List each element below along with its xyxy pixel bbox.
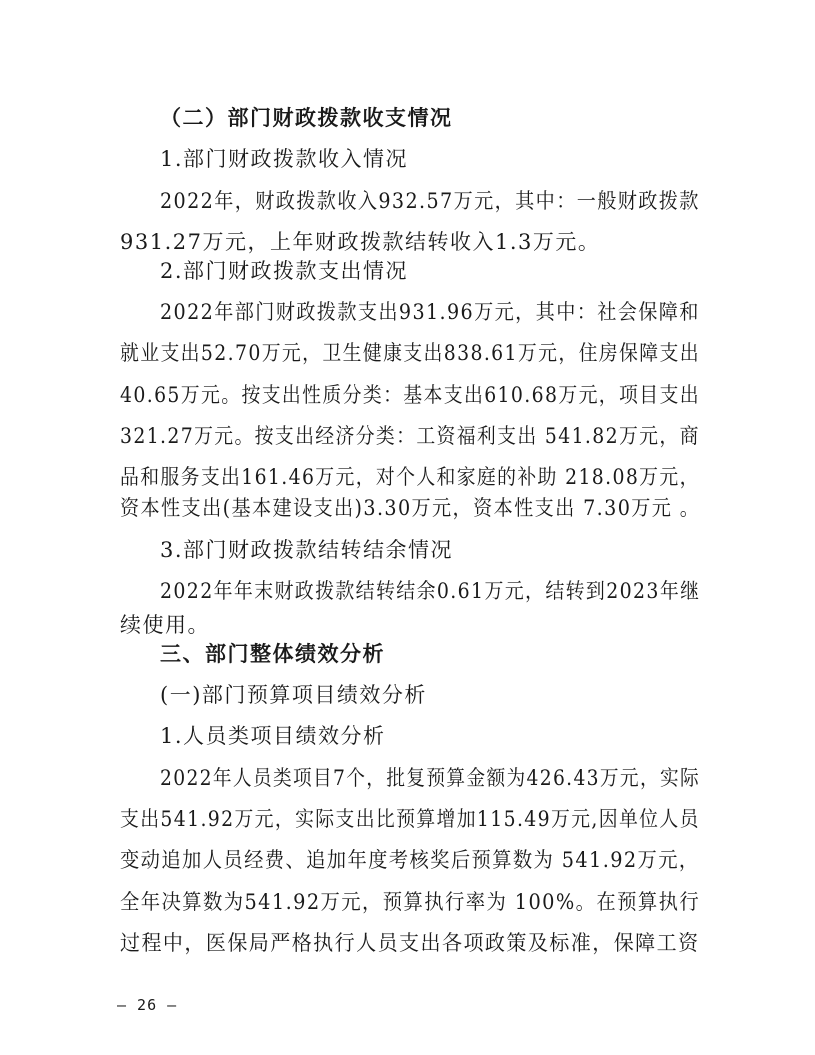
text-line: 2022年年末财政拨款结转结余0.61万元，结转到2023年继 xyxy=(160,577,700,605)
text-line: 1.人员类项目绩效分析 xyxy=(160,722,386,750)
text-line: 40.65万元。按支出性质分类：基本支出610.68万元，项目支出 xyxy=(120,381,700,409)
text-line: 2.部门财政拨款支出情况 xyxy=(160,257,408,285)
text-line: 931.27万元，上年财政拨款结转收入1.3万元。 xyxy=(120,228,600,256)
text-line: 1.部门财政拨款收入情况 xyxy=(160,145,408,173)
text-line: 全年决算数为541.92万元，预算执行率为 100%。在预算执行 xyxy=(120,888,700,916)
text-line: 资本性支出(基本建设支出)3.30万元，资本性支出 7.30万元 。 xyxy=(120,494,700,522)
text-line: 续使用。 xyxy=(120,611,210,639)
section-heading: （二）部门财政拨款收支情况 xyxy=(160,104,453,132)
section-heading: 三、部门整体绩效分析 xyxy=(160,640,385,668)
text-line: 2022年人员类项目7个，批复预算金额为426.43万元，实际 xyxy=(160,764,700,792)
text-line: (一)部门预算项目绩效分析 xyxy=(160,681,427,709)
text-line: 就业支出52.70万元，卫生健康支出838.61万元，住房保障支出 xyxy=(120,339,700,367)
text-line: 321.27万元。按支出经济分类：工资福利支出 541.82万元，商 xyxy=(120,422,700,450)
text-line: 品和服务支出161.46万元，对个人和家庭的补助 218.08万元， xyxy=(120,463,700,491)
text-line: 支出541.92万元，实际支出比预算增加115.49万元,因单位人员 xyxy=(120,805,700,833)
text-line: 3.部门财政拨款结转结余情况 xyxy=(160,536,453,564)
page-number: — 26 — xyxy=(117,996,177,1014)
text-line: 2022年部门财政拨款支出931.96万元，其中：社会保障和 xyxy=(160,298,700,326)
text-line: 变动追加人员经费、追加年度考核奖后预算数为 541.92万元， xyxy=(120,846,700,874)
text-line: 2022年，财政拨款收入932.57万元，其中：一般财政拨款 xyxy=(160,187,700,215)
text-line: 过程中，医保局严格执行人员支出各项政策及标准，保障工资 xyxy=(120,929,700,957)
